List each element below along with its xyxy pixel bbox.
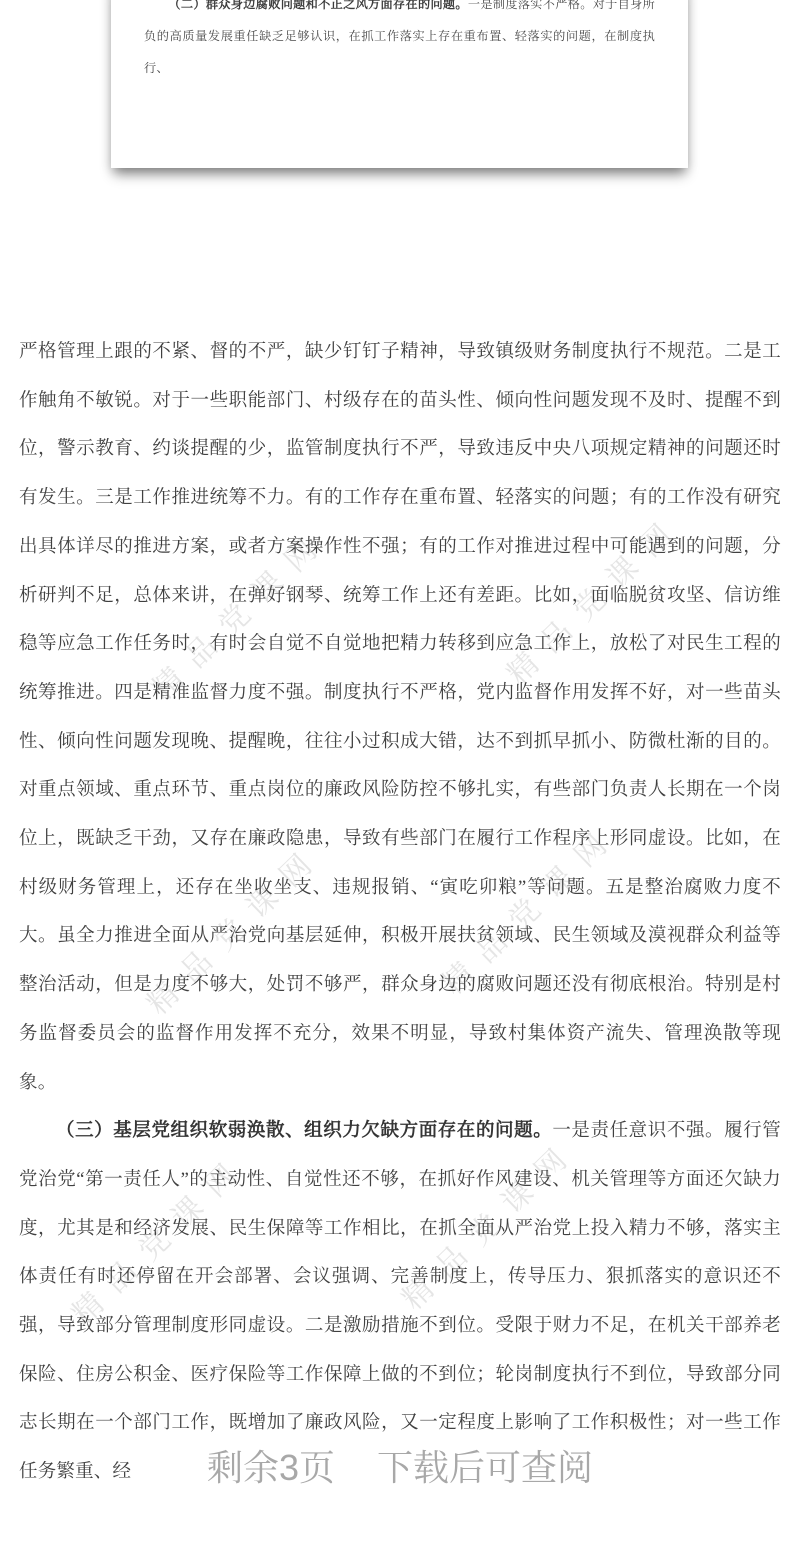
preview-section-heading: （二）群众身边腐败问题和不正之风方面存在的问题。 [168,0,468,11]
paragraph-section-3: （三）基层党组织软弱涣散、组织力欠缺方面存在的问题。一是责任意识不强。履行管党治… [19,1107,781,1497]
remaining-pages-label: 剩余3页 [207,1447,335,1488]
section-3-text: 一是责任意识不强。履行管党治党“第一责任人”的主动性、自觉性还不够，在抓好作风建… [19,1121,781,1482]
download-hint-label: 下载后可查阅 [377,1447,593,1488]
preview-paragraph: （二）群众身边腐败问题和不正之风方面存在的问题。一是制度落实不严格。对于自身所负… [144,0,655,84]
footer-notice: 剩余3页下载后可查阅 [0,1448,800,1488]
preview-paragraph-text: 一是制度落实不严格。对于自身所负的高质量发展重任缺乏足够认识，在抓工作落实上存在… [144,0,655,75]
paragraph-continuation: 严格管理上跟的不紧、督的不严，缺少钉钉子精神，导致镇级财务制度执行不规范。二是工… [19,328,781,1107]
document-body: 严格管理上跟的不紧、督的不严，缺少钉钉子精神，导致镇级财务制度执行不规范。二是工… [19,328,781,1497]
section-3-heading: （三）基层党组织软弱涣散、组织力欠缺方面存在的问题。 [56,1121,552,1141]
page-preview-card: （二）群众身边腐败问题和不正之风方面存在的问题。一是制度落实不严格。对于自身所负… [111,0,688,168]
